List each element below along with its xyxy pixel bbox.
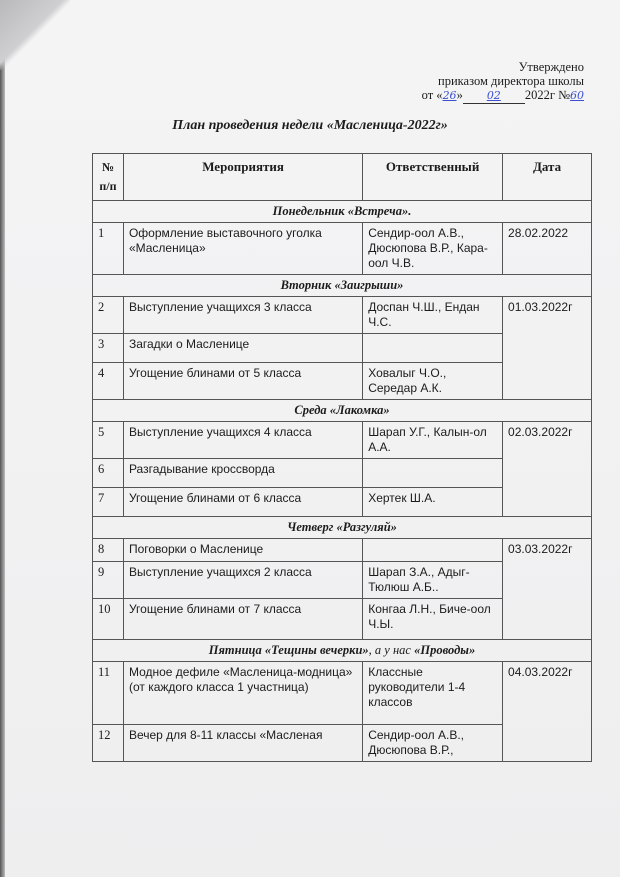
row-number: 4 bbox=[93, 363, 124, 400]
event-cell: Выступление учащихся 4 класса bbox=[123, 422, 362, 459]
event-cell: Разгадывание кроссворда bbox=[123, 459, 362, 488]
row-number: 1 bbox=[93, 223, 124, 275]
approval-month-field: 02 bbox=[463, 88, 525, 104]
event-cell: Загадки о Масленице bbox=[123, 334, 362, 363]
responsible-cell: Конгаа Л.Н., Биче-оол Ч.Ы. bbox=[363, 599, 503, 640]
responsible-cell: Шарап У.Г., Калын-ол А.А. bbox=[363, 422, 503, 459]
date-cell: 01.03.2022г bbox=[503, 297, 592, 400]
responsible-cell: Ховалыг Ч.О., Середар А.К. bbox=[363, 363, 503, 400]
approval-month: 02 bbox=[487, 89, 501, 102]
responsible-cell: Доспан Ч.Ш., Ендан Ч.С. bbox=[363, 297, 503, 334]
approval-day: 26 bbox=[443, 89, 457, 102]
folded-corner bbox=[0, 0, 70, 70]
table-row: 5Выступление учащихся 4 классаШарап У.Г.… bbox=[93, 422, 592, 459]
day-header-row: Пятница «Тещины вечерки», а у нас «Прово… bbox=[93, 640, 592, 662]
responsible-cell: Шарап З.А., Адыг-Тюлюш А.Б.. bbox=[363, 562, 503, 599]
date-cell: 02.03.2022г bbox=[503, 422, 592, 517]
responsible-cell bbox=[363, 334, 503, 363]
day-title: Среда «Лакомка» bbox=[93, 400, 592, 422]
event-cell: Вечер для 8-11 классы «Масленая bbox=[123, 725, 362, 762]
event-cell: Угощение блинами от 5 класса bbox=[123, 363, 362, 400]
responsible-cell: Классные руководители 1-4 классов bbox=[363, 662, 503, 725]
header-event: Мероприятия bbox=[123, 154, 362, 201]
header-responsible: Ответственный bbox=[363, 154, 503, 201]
approval-stamp: Утверждено приказом директора школы от «… bbox=[422, 60, 584, 104]
approval-line1: Утверждено bbox=[422, 60, 584, 74]
table-row: 8Поговорки о Масленице03.03.2022г bbox=[93, 539, 592, 562]
row-number: 12 bbox=[93, 725, 124, 762]
day-header-row: Четверг «Разгуляй» bbox=[93, 517, 592, 539]
approval-line3: от «26»022022г №60 bbox=[422, 88, 584, 104]
day-title: Четверг «Разгуляй» bbox=[93, 517, 592, 539]
responsible-cell: Сендир-оол А.В., Дюсюпова В.Р., bbox=[363, 725, 503, 762]
event-cell: Модное дефиле «Масленица-модница» (от ка… bbox=[123, 662, 362, 725]
day-header-row: Понедельник «Встреча». bbox=[93, 201, 592, 223]
row-number: 9 bbox=[93, 562, 124, 599]
row-number: 2 bbox=[93, 297, 124, 334]
event-cell: Угощение блинами от 6 класса bbox=[123, 488, 362, 517]
row-number: 11 bbox=[93, 662, 124, 725]
day-title: Понедельник «Встреча». bbox=[93, 201, 592, 223]
responsible-cell: Хертек Ш.А. bbox=[363, 488, 503, 517]
scanned-page: Утверждено приказом директора школы от «… bbox=[0, 0, 620, 877]
responsible-cell bbox=[363, 539, 503, 562]
table-row: 2Выступление учащихся 3 классаДоспан Ч.Ш… bbox=[93, 297, 592, 334]
schedule-table: № п/п Мероприятия Ответственный Дата Пон… bbox=[92, 153, 592, 762]
table-row: 1Оформление выставочного уголка «Маслени… bbox=[93, 223, 592, 275]
day-title: Пятница «Тещины вечерки», а у нас «Прово… bbox=[93, 640, 592, 662]
event-cell: Поговорки о Масленице bbox=[123, 539, 362, 562]
table-row: 11Модное дефиле «Масленица-модница» (от … bbox=[93, 662, 592, 725]
date-cell: 03.03.2022г bbox=[503, 539, 592, 640]
row-number: 7 bbox=[93, 488, 124, 517]
event-cell: Выступление учащихся 3 класса bbox=[123, 297, 362, 334]
row-number: 10 bbox=[93, 599, 124, 640]
date-cell: 04.03.2022г bbox=[503, 662, 592, 762]
date-cell: 28.02.2022 bbox=[503, 223, 592, 275]
row-number: 3 bbox=[93, 334, 124, 363]
row-number: 8 bbox=[93, 539, 124, 562]
responsible-cell bbox=[363, 459, 503, 488]
row-number: 6 bbox=[93, 459, 124, 488]
table-header-row: № п/п Мероприятия Ответственный Дата bbox=[93, 154, 592, 201]
event-cell: Выступление учащихся 2 класса bbox=[123, 562, 362, 599]
day-title: Вторник «Заигрыши» bbox=[93, 275, 592, 297]
approval-order-number: 60 bbox=[570, 89, 584, 102]
header-number: № п/п bbox=[93, 154, 124, 201]
approval-line2: приказом директора школы bbox=[422, 74, 584, 88]
responsible-cell: Сендир-оол А.В., Дюсюпова В.Р., Кара-оол… bbox=[363, 223, 503, 275]
event-cell: Угощение блинами от 7 класса bbox=[123, 599, 362, 640]
document-title: План проведения недели «Масленица-2022г» bbox=[0, 118, 620, 134]
table-body: Понедельник «Встреча».1Оформление выстав… bbox=[93, 201, 592, 762]
day-header-row: Вторник «Заигрыши» bbox=[93, 275, 592, 297]
event-cell: Оформление выставочного уголка «Маслениц… bbox=[123, 223, 362, 275]
day-header-row: Среда «Лакомка» bbox=[93, 400, 592, 422]
row-number: 5 bbox=[93, 422, 124, 459]
header-date: Дата bbox=[503, 154, 592, 201]
